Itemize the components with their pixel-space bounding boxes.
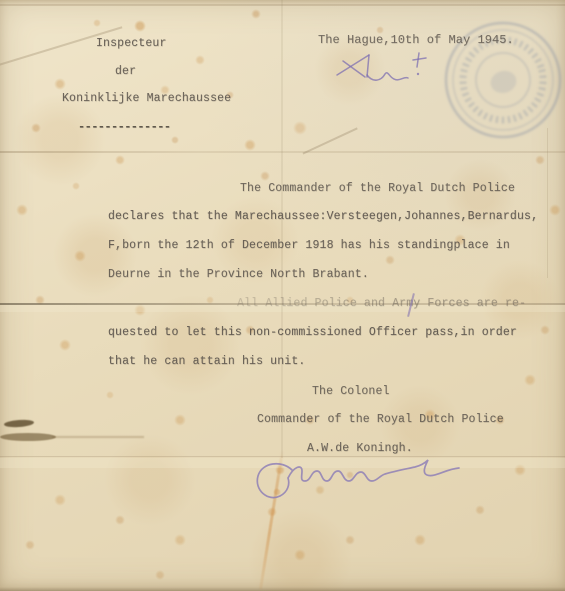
vertical-fold-stain bbox=[259, 451, 284, 590]
sender-line-1: Inspecteur bbox=[96, 37, 167, 50]
fold-highlight-lower bbox=[0, 458, 565, 468]
left-edge-stain-tail bbox=[52, 436, 144, 438]
signature-icon bbox=[248, 456, 463, 519]
dateline: The Hague,10th of May 1945. bbox=[318, 34, 514, 47]
fold-line-lower bbox=[0, 456, 565, 457]
paper-shading bbox=[0, 0, 565, 591]
body-line-6: quested to let this non-commissioned Off… bbox=[108, 326, 517, 339]
crease-upper bbox=[0, 151, 565, 153]
body-line-3: F,born the 12th of December 1918 has his… bbox=[108, 239, 510, 252]
paper-top-edge bbox=[0, 0, 565, 5]
closing-line-1: The Colonel bbox=[312, 385, 390, 398]
closing-line-2: Commander of the Royal Dutch Police bbox=[257, 413, 504, 426]
sender-line-2: der bbox=[115, 65, 136, 78]
crease-right-edge bbox=[547, 128, 548, 278]
body-line-1: The Commander of the Royal Dutch Police bbox=[240, 182, 515, 195]
sender-underline: -------------- bbox=[78, 121, 170, 134]
left-edge-stain-1 bbox=[4, 419, 34, 428]
closing-line-3: A.W.de Koningh. bbox=[307, 442, 413, 455]
body-line-4: Deurne in the Province North Brabant. bbox=[108, 268, 369, 281]
foxing-spots bbox=[0, 0, 565, 591]
body-line-2: declares that the Marechaussee:Versteege… bbox=[108, 210, 538, 223]
letter-document: Inspecteur der Koninklijke Marechaussee … bbox=[0, 0, 565, 591]
crease-top-center bbox=[302, 127, 357, 154]
ink-annotation-icon bbox=[331, 47, 435, 114]
vertical-fold-upper bbox=[281, 0, 283, 458]
sender-line-3: Koninklijke Marechaussee bbox=[62, 92, 231, 105]
body-line-5: All Allied Police and Army Forces are re… bbox=[237, 297, 526, 310]
crease-top bbox=[0, 4, 565, 6]
body-line-7: that he can attain his unit. bbox=[108, 355, 305, 368]
paper-bottom-edge bbox=[0, 587, 565, 591]
left-edge-stain-2 bbox=[0, 433, 56, 441]
